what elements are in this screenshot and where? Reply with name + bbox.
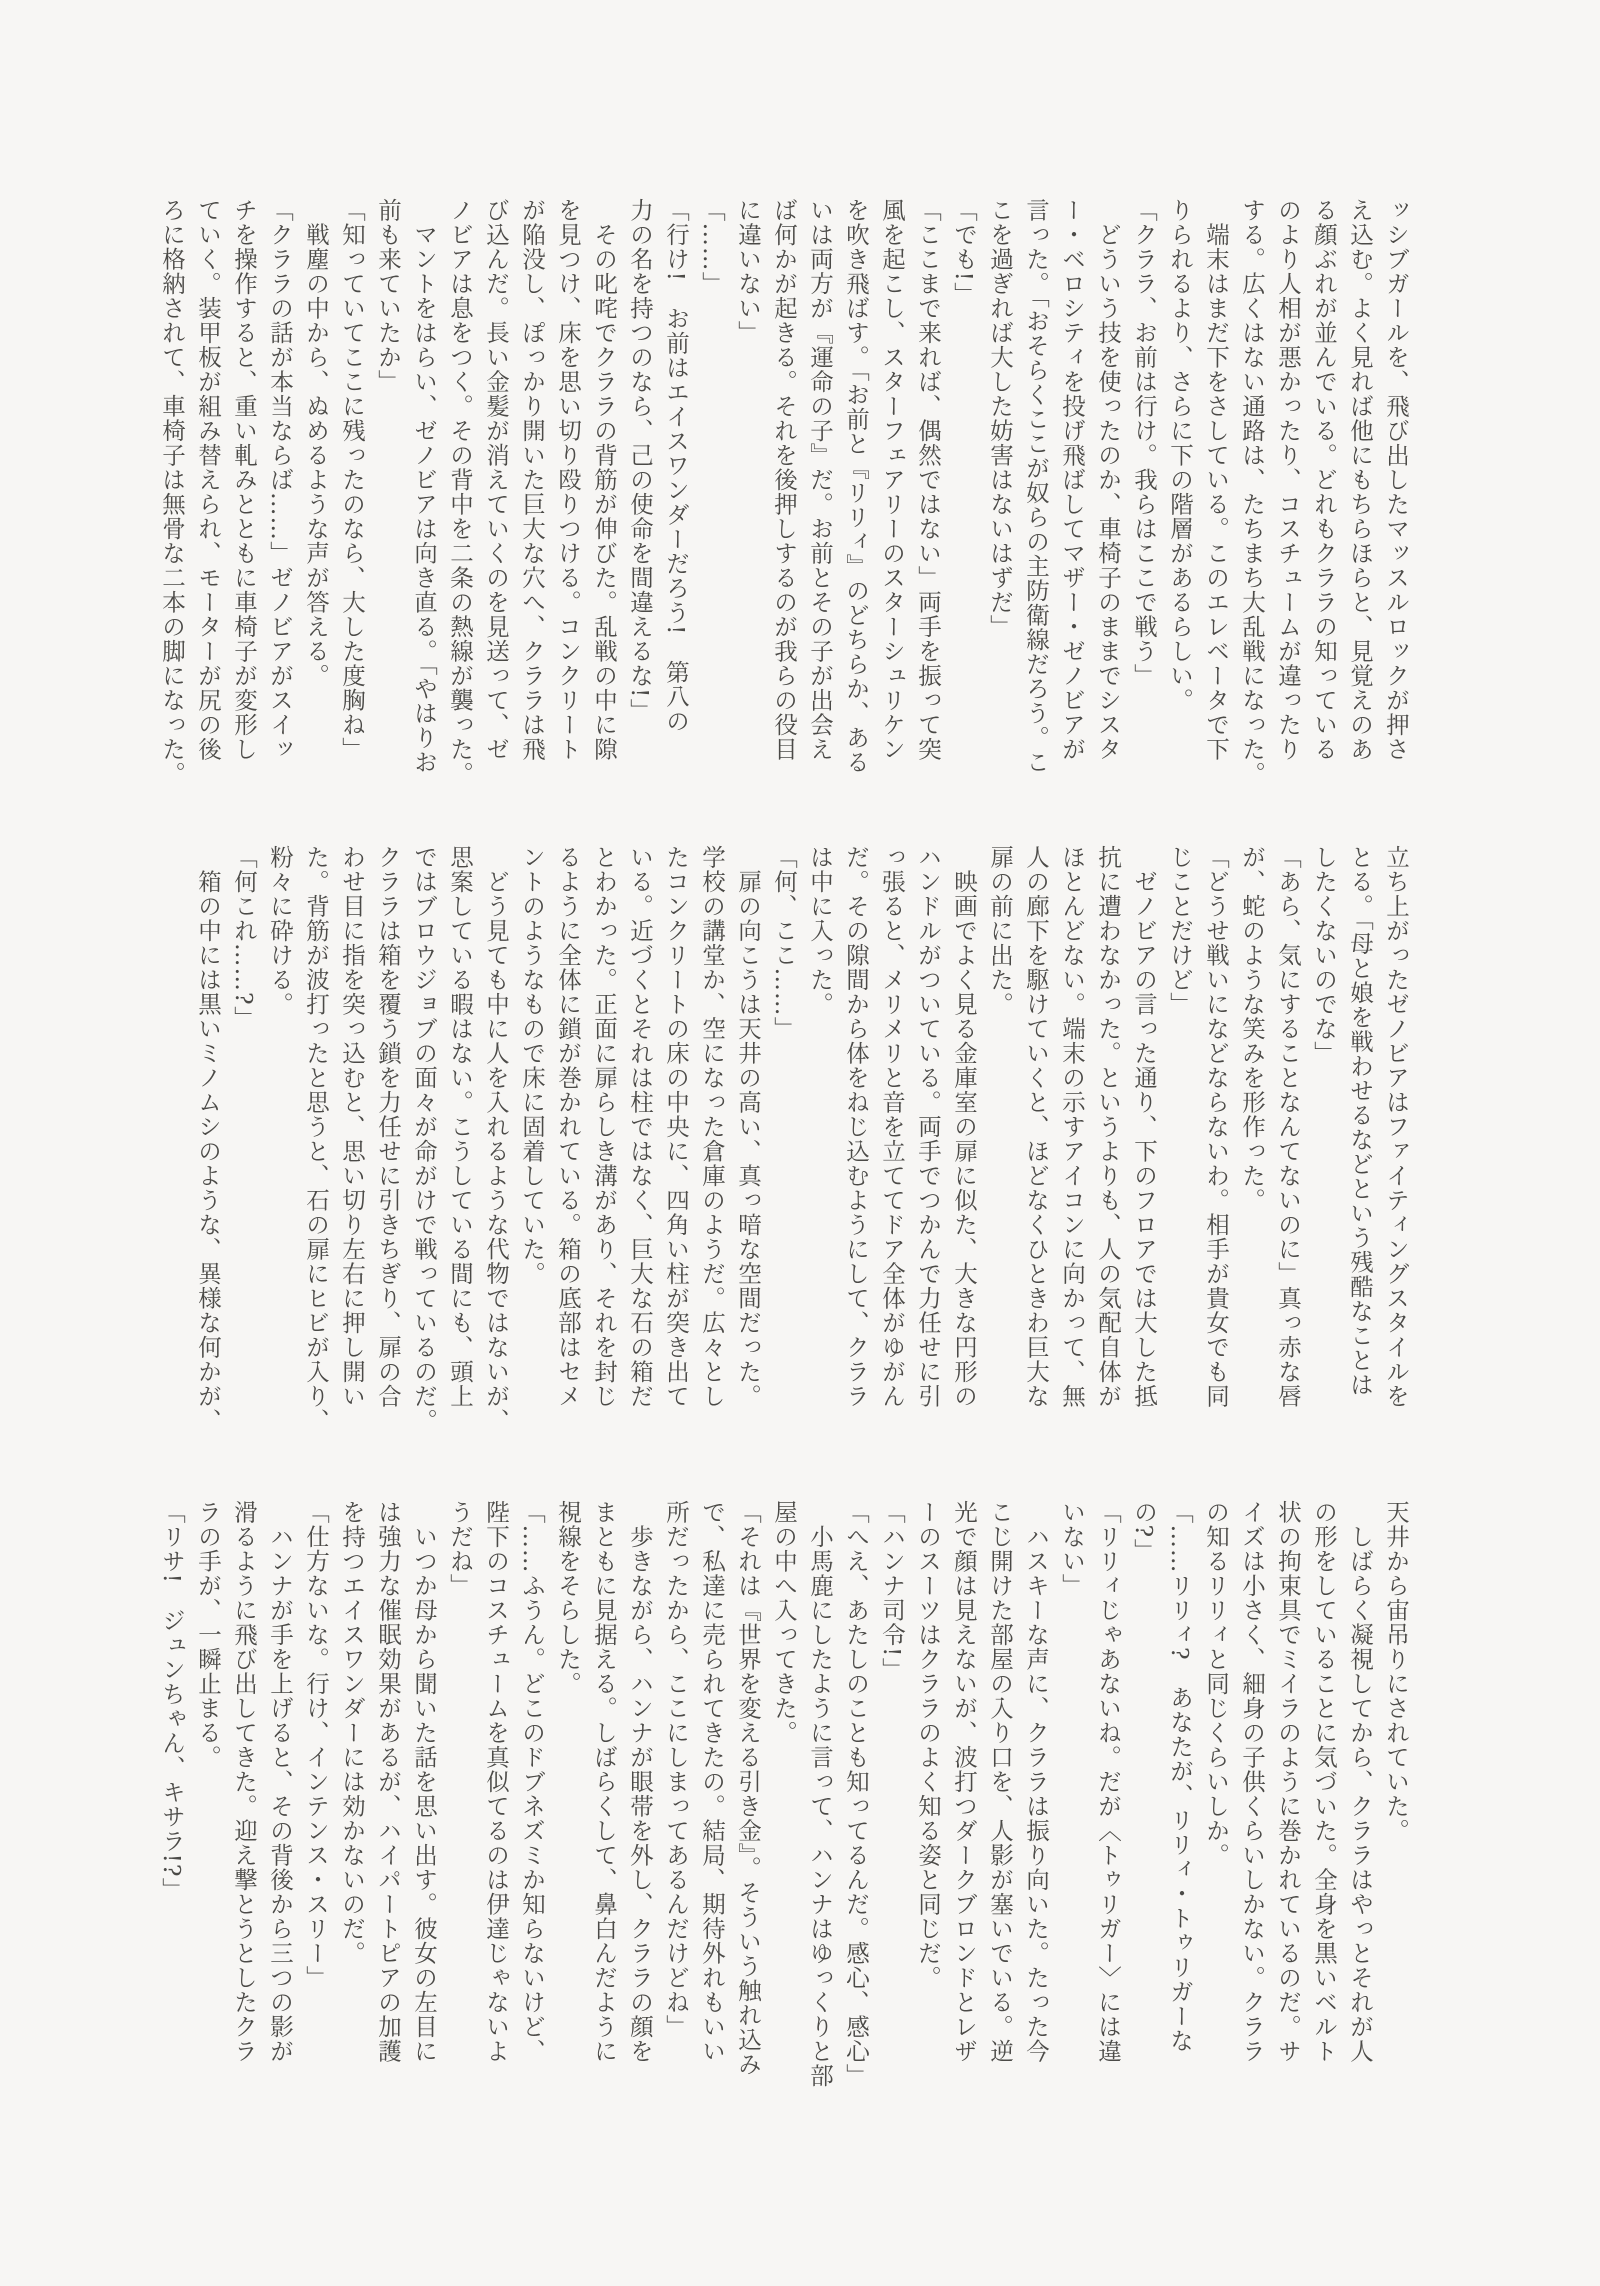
text-column: ントのようなもので床に固着していた。: [514, 845, 550, 1439]
text-column: りられるより、さらに下の階層があるらしい。: [1162, 198, 1198, 792]
text-column: ろに格納されて、車椅子は無骨な二本の脚になった。: [154, 198, 190, 792]
text-column: び込んだ。長い金髪が消えていくのを見送って、ゼ: [478, 198, 514, 792]
text-column: こを過ぎれば大した妨害はないはずだ」: [982, 198, 1018, 792]
text-column: したくないのでな」: [1306, 845, 1342, 1439]
text-column: は強力な催眠効果があるが、ハイパートピアの加護: [370, 1500, 406, 2094]
text-column: ではブロウジョブの面々が命がけで戦っているのだ。: [406, 845, 442, 1439]
text-column: 陛下のコスチュームを真似てるのは伊達じゃないよ: [478, 1500, 514, 2094]
text-column: 「あら、気にすることなんてないのに」真っ赤な唇: [1270, 845, 1306, 1439]
text-column: 「それは『世界を変える引き金』。そういう触れ込み: [730, 1500, 766, 2094]
text-column: 扉の前に出た。: [982, 845, 1018, 1439]
text-column: え込む。よく見れば他にもちらほらと、見覚えのあ: [1342, 198, 1378, 792]
text-column: ハスキーな声に、クララは振り向いた。たった今: [1018, 1500, 1054, 2094]
text-column: 学校の講堂か、空になった倉庫のようだ。広々とし: [694, 845, 730, 1439]
text-column: じことだけど」: [1162, 845, 1198, 1439]
text-column: 戦塵の中から、ぬめるような声が答える。: [298, 198, 334, 792]
text-column: 「……リリィ? あなたが、リリィ・トゥリガーな: [1162, 1500, 1198, 2094]
novel-page: ッシブガールを、飛び出したマッスルロックが押さえ込む。よく見れば他にもちらほらと…: [0, 0, 1600, 2286]
text-column: 言った。「おそらくここが奴らの主防衛線だろう。こ: [1018, 198, 1054, 792]
text-column: の?」: [1126, 1500, 1162, 2094]
text-column: るように全体に鎖が巻かれている。箱の底部はセメ: [550, 845, 586, 1439]
text-column: ラの手が、一瞬止まる。: [190, 1500, 226, 2094]
text-column: 視線をそらした。: [550, 1500, 586, 2094]
text-band-bottom: 天井から宙吊りにされていた。 しばらく凝視してから、クララはやっとそれが人の形を…: [146, 1500, 1414, 2094]
text-column: に違いない」: [730, 198, 766, 792]
text-column: 「クララの話が本当ならば……」ゼノビアがスイッ: [262, 198, 298, 792]
text-column: 「リリィじゃあないね。だが〈トゥリガー〉には違: [1090, 1500, 1126, 2094]
text-column: る顔ぶれが並んでいる。どれもクララの知っている: [1306, 198, 1342, 792]
text-column: の知るリリィと同じくらいしか。: [1198, 1500, 1234, 2094]
text-column: まともに見据える。しばらくして、鼻白んだように: [586, 1500, 622, 2094]
text-column: 「何、ここ……」: [766, 845, 802, 1439]
text-column: 光で顔は見えないが、波打つダークブロンドとレザ: [946, 1500, 982, 2094]
text-column: のより人相が悪かったり、コスチュームが違ったり: [1270, 198, 1306, 792]
text-column: ー・ベロシティを投げ飛ばしてマザー・ゼノビアが: [1054, 198, 1090, 792]
text-band-middle: 立ち上がったゼノビアはファイティングスタイルをとる。「母と娘を戦わせるなどという…: [146, 845, 1414, 1439]
text-column: の形をしていることに気づいた。全身を黒いベルト: [1306, 1500, 1342, 2094]
scanned-novel-page: { "page": { "background_color": "#f7f6f4…: [0, 0, 1600, 2286]
text-column: ば何かが起きる。それを後押しするのが我らの役目: [766, 198, 802, 792]
text-column: を持つエイスワンダーには効かないのだ。: [334, 1500, 370, 2094]
text-column: 所だったから、ここにしまってあるんだけどね」: [658, 1500, 694, 2094]
text-column: とわかった。正面に扉らしき溝があり、それを封じ: [586, 845, 622, 1439]
text-column: いる。近づくとそれは柱ではなく、巨大な石の箱だ: [622, 845, 658, 1439]
text-column: いは両方が『運命の子』だ。お前とその子が出会え: [802, 198, 838, 792]
text-column: 滑るように飛び出してきた。迎え撃とうとしたクラ: [226, 1500, 262, 2094]
text-column: 小馬鹿にしたように言って、ハンナはゆっくりと部: [802, 1500, 838, 2094]
text-column: 抗に遭わなかった。というよりも、人の気配自体が: [1090, 845, 1126, 1439]
text-band-top: ッシブガールを、飛び出したマッスルロックが押さえ込む。よく見れば他にもちらほらと…: [146, 198, 1414, 792]
text-column: ハンドルがついている。両手でつかんで力任せに引: [910, 845, 946, 1439]
text-column: ーのスーツはクララのよく知る姿と同じだ。: [910, 1500, 946, 2094]
text-column: その叱咤でクララの背筋が伸びた。乱戦の中に隙: [586, 198, 622, 792]
text-column: 粉々に砕ける。: [262, 845, 298, 1439]
text-column: いない」: [1054, 1500, 1090, 2094]
text-column: 映画でよく見る金庫室の扉に似た、大きな円形の: [946, 845, 982, 1439]
text-column: ゼノビアの言った通り、下のフロアでは大した抵: [1126, 845, 1162, 1439]
text-column: 「へえ、あたしのことも知ってるんだ。感心、感心」: [838, 1500, 874, 2094]
text-column: 「何これ……?」: [226, 845, 262, 1439]
text-column: っ張ると、メリメリと音を立ててドア全体がゆがん: [874, 845, 910, 1439]
text-column: 状の拘束具でミイラのように巻かれているのだ。サ: [1270, 1500, 1306, 2094]
text-column: わせ目に指を突っ込むと、思い切り左右に押し開い: [334, 845, 370, 1439]
text-column: が陥没し、ぽっかり開いた巨大な穴へ、クララは飛: [514, 198, 550, 792]
text-column: マントをはらい、ゼノビアは向き直る。「やはりお: [406, 198, 442, 792]
text-column: 屋の中へ入ってきた。: [766, 1500, 802, 2094]
text-column: 「知っていてここに残ったのなら、大した度胸ね」: [334, 198, 370, 792]
text-column: どういう技を使ったのか、車椅子のままでシスタ: [1090, 198, 1126, 792]
text-column: こじ開けた部屋の入り口を、人影が塞いでいる。逆: [982, 1500, 1018, 2094]
text-column: で、私達に売られてきたの。結局、期待外れもいい: [694, 1500, 730, 2094]
text-column: ッシブガールを、飛び出したマッスルロックが押さ: [1378, 198, 1414, 792]
text-column: たコンクリートの床の中央に、四角い柱が突き出て: [658, 845, 694, 1439]
text-column: 天井から宙吊りにされていた。: [1378, 1500, 1414, 2094]
text-column: 扉の向こうは天井の高い、真っ暗な空間だった。: [730, 845, 766, 1439]
text-column: ハンナが手を上げると、その背後から三つの影が: [262, 1500, 298, 2094]
text-column: とる。「母と娘を戦わせるなどという残酷なことは: [1342, 845, 1378, 1439]
text-column: 人の廊下を駆けていくと、ほどなくひときわ巨大な: [1018, 845, 1054, 1439]
text-column: 箱の中には黒いミノムシのような、異様な何かが、: [190, 845, 226, 1439]
text-column: イズは小さく、細身の子供くらいしかない。クララ: [1234, 1500, 1270, 2094]
text-column: 「クララ、お前は行け。我らはここで戦う」: [1126, 198, 1162, 792]
text-column: 「ハンナ司令!」: [874, 1500, 910, 2094]
text-column: 「でも!」: [946, 198, 982, 792]
text-column: を見つけ、床を思い切り殴りつける。コンクリート: [550, 198, 586, 792]
text-column: は中に入った。: [802, 845, 838, 1439]
text-column: 端末はまだ下をさしている。このエレベータで下: [1198, 198, 1234, 792]
text-column: どう見ても中に人を入れるような代物ではないが、: [478, 845, 514, 1439]
text-column: いつか母から聞いた話を思い出す。彼女の左目に: [406, 1500, 442, 2094]
text-column: 「リサ! ジュンちゃん、キサラ!?」: [154, 1500, 190, 2094]
text-column: 「どうせ戦いになどならないわ。相手が貴女でも同: [1198, 845, 1234, 1439]
text-column: 思案している暇はない。こうしている間にも、頭上: [442, 845, 478, 1439]
text-column: だ。その隙間から体をねじ込むようにして、クララ: [838, 845, 874, 1439]
text-column: 前も来ていたか」: [370, 198, 406, 792]
text-column: 「仕方ないな。行け、インテンス・スリー」: [298, 1500, 334, 2094]
text-column: ていく。装甲板が組み替えられ、モーターが尻の後: [190, 198, 226, 792]
text-column: チを操作すると、重い軋みとともに車椅子が変形し: [226, 198, 262, 792]
text-column: うだね」: [442, 1500, 478, 2094]
text-column: ほとんどない。端末の示すアイコンに向かって、無: [1054, 845, 1090, 1439]
text-column: 立ち上がったゼノビアはファイティングスタイルを: [1378, 845, 1414, 1439]
text-column: が、蛇のような笑みを形作った。: [1234, 845, 1270, 1439]
text-column: しばらく凝視してから、クララはやっとそれが人: [1342, 1500, 1378, 2094]
text-column: 「ここまで来れば、偶然ではない」両手を振って突: [910, 198, 946, 792]
text-column: 「……」: [694, 198, 730, 792]
text-column: た。背筋が波打ったと思うと、石の扉にヒビが入り、: [298, 845, 334, 1439]
text-column: 風を起こし、スターフェアリーのスターシュリケン: [874, 198, 910, 792]
text-column: 力の名を持つのなら、己の使命を間違えるな!」: [622, 198, 658, 792]
text-column: 「……ふうん。どこのドブネズミか知らないけど、: [514, 1500, 550, 2094]
text-column: を吹き飛ばす。「お前と『リリィ』のどちらか、ある: [838, 198, 874, 792]
text-column: する。広くはない通路は、たちまち大乱戦になった。: [1234, 198, 1270, 792]
text-column: ノビアは息をつく。その背中を二条の熱線が襲った。: [442, 198, 478, 792]
text-column: クララは箱を覆う鎖を力任せに引きちぎり、扉の合: [370, 845, 406, 1439]
text-column: 歩きながら、ハンナが眼帯を外し、クララの顔を: [622, 1500, 658, 2094]
text-column: 「行け! お前はエイスワンダーだろう! 第八の: [658, 198, 694, 792]
